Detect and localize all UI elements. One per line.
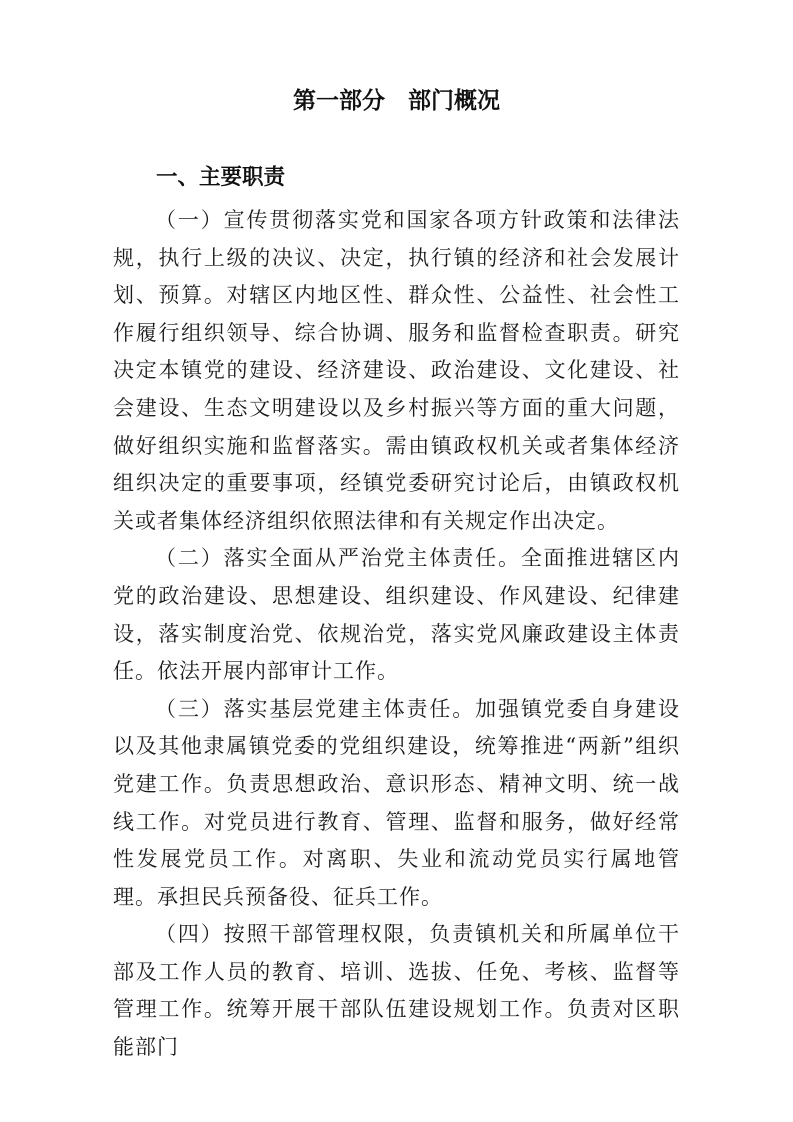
- paragraph-duty-4: （四）按照干部管理权限，负责镇机关和所属单位干部及工作人员的教育、培训、选拔、任…: [113, 916, 680, 1066]
- document-page: 第一部分 部门概况 一、主要职责 （一）宣传贯彻落实党和国家各项方针政策和法律法…: [0, 0, 793, 1122]
- paragraph-duty-3: （三）落实基层党建主体责任。加强镇党委自身建设以及其他隶属镇党委的党组织建设，统…: [113, 691, 680, 917]
- paragraph-duty-2: （二）落实全面从严治党主体责任。全面推进辖区内党的政治建设、思想建设、组织建设、…: [113, 540, 680, 690]
- document-title: 第一部分 部门概况: [113, 85, 680, 118]
- document-body: （一）宣传贯彻落实党和国家各项方针政策和法律法规，执行上级的决议、决定，执行镇的…: [113, 202, 680, 1067]
- paragraph-duty-1: （一）宣传贯彻落实党和国家各项方针政策和法律法规，执行上级的决议、决定，执行镇的…: [113, 202, 680, 540]
- section-heading-main-duties: 一、主要职责: [113, 164, 680, 192]
